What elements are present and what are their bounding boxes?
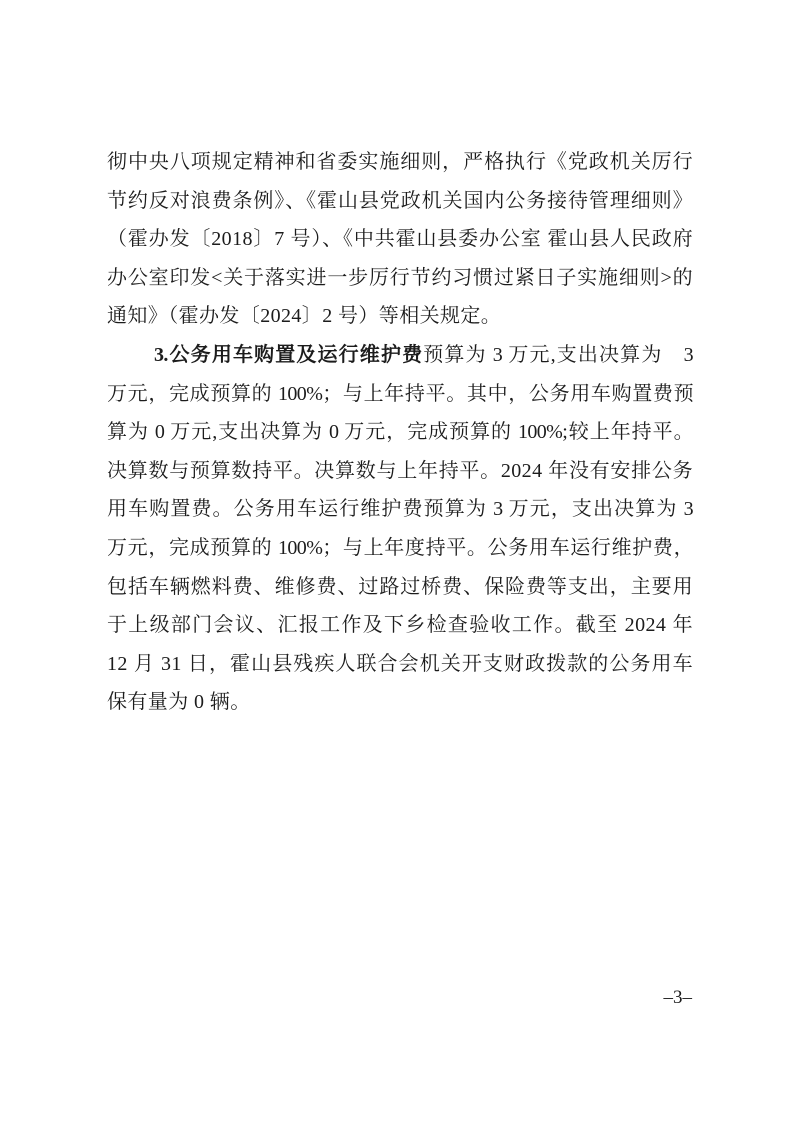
text-line: 12 月 31 日，霍山县残疾人联合会机关开支财政拨款的公务用车	[107, 645, 693, 684]
page-number: –3–	[664, 987, 693, 1009]
text-line: 3.公务用车购置及运行维护费预算为 3 万元,支出决算为 3	[107, 336, 693, 375]
text-line: 决算数与预算数持平。决算数与上年持平。2024 年没有安排公务	[107, 452, 693, 491]
text-line: 算为 0 万元,支出决算为 0 万元，完成预算的 100%;较上年持平。	[107, 413, 693, 452]
text-line: 办公室印发<关于落实进一步厉行节约习惯过紧日子实施细则>的	[107, 259, 693, 298]
text-block: 彻中央八项规定精神和省委实施细则，严格执行《党政机关厉行节约反对浪费条例》、《霍…	[107, 143, 693, 722]
text-line: 保有量为 0 辆。	[107, 683, 693, 722]
text-line: 彻中央八项规定精神和省委实施细则，严格执行《党政机关厉行	[107, 143, 693, 182]
text-line: 于上级部门会议、汇报工作及下乡检查验收工作。截至 2024 年	[107, 606, 693, 645]
text-line: 用车购置费。公务用车运行维护费预算为 3 万元，支出决算为 3	[107, 490, 693, 529]
text-line: 包括车辆燃料费、维修费、过路过桥费、保险费等支出，主要用	[107, 568, 693, 607]
text-line: 节约反对浪费条例》、《霍山县党政机关国内公务接待管理细则》	[107, 182, 693, 221]
text-line: 万元，完成预算的 100%；与上年度持平。公务用车运行维护费，	[107, 529, 693, 568]
text-line: （霍办发〔2018〕7 号）、《中共霍山县委办公室 霍山县人民政府	[107, 220, 693, 259]
text-line: 通知》（霍办发〔2024〕2 号）等相关规定。	[107, 297, 693, 336]
section-heading-bold: 3.公务用车购置及运行维护费	[154, 344, 423, 366]
document-page: 彻中央八项规定精神和省委实施细则，严格执行《党政机关厉行节约反对浪费条例》、《霍…	[0, 0, 793, 1122]
text-line: 万元，完成预算的 100%；与上年持平。其中，公务用车购置费预	[107, 375, 693, 414]
